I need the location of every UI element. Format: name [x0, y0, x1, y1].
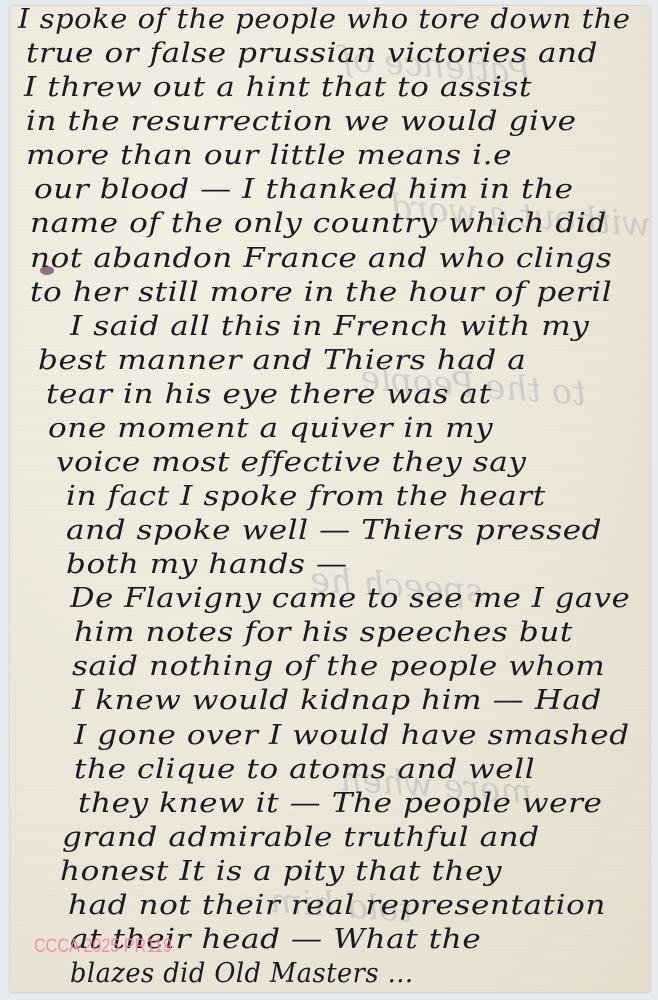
watermark: CCCA 2025 PR119: [34, 936, 172, 958]
text-line: said nothing of the people whom: [72, 651, 605, 682]
text-line: blazes did Old Masters ...: [70, 958, 414, 989]
text-line: had not their real representation: [68, 890, 606, 921]
text-line: one moment a quiver in my: [48, 413, 493, 444]
text-line: I threw out a hint that to assist: [24, 72, 532, 103]
text-line: true or false prussian victories and: [26, 38, 598, 69]
text-line: more than our little means i.e: [26, 140, 512, 171]
text-line: honest It is a pity that they: [60, 856, 502, 887]
text-line: voice most effective they say: [56, 447, 526, 478]
manuscript-page: Patience of without a word to the People…: [10, 6, 650, 992]
text-line: I gone over I would have smashed: [74, 720, 630, 751]
text-line: name of the only country which did: [30, 208, 607, 239]
text-line: him notes for his speeches but: [74, 617, 573, 648]
text-line: tear in his eye there was at: [46, 379, 492, 410]
text-line: to her still more in the hour of peril: [30, 277, 612, 308]
text-line: De Flavigny came to see me I gave: [70, 583, 630, 614]
text-line: they knew it — The people were: [78, 788, 602, 819]
text-line: I spoke of the people who tore down the: [18, 4, 631, 35]
text-line: the clique to atoms and well: [74, 754, 535, 785]
text-line: I knew would kidnap him — Had: [72, 685, 602, 716]
text-line: both my hands —: [66, 549, 348, 580]
text-line: in the resurrection we would give: [26, 106, 577, 137]
text-line: in fact I spoke from the heart: [66, 481, 546, 512]
text-line: our blood — I thanked him in the: [34, 174, 574, 205]
text-line: grand admirable truthful and: [62, 822, 540, 853]
text-line: best manner and Thiers had a: [38, 345, 526, 376]
text-line: I said all this in French with my: [70, 311, 589, 342]
text-line: and spoke well — Thiers pressed: [66, 515, 602, 546]
text-line: not abandon France and who clings: [30, 243, 612, 274]
